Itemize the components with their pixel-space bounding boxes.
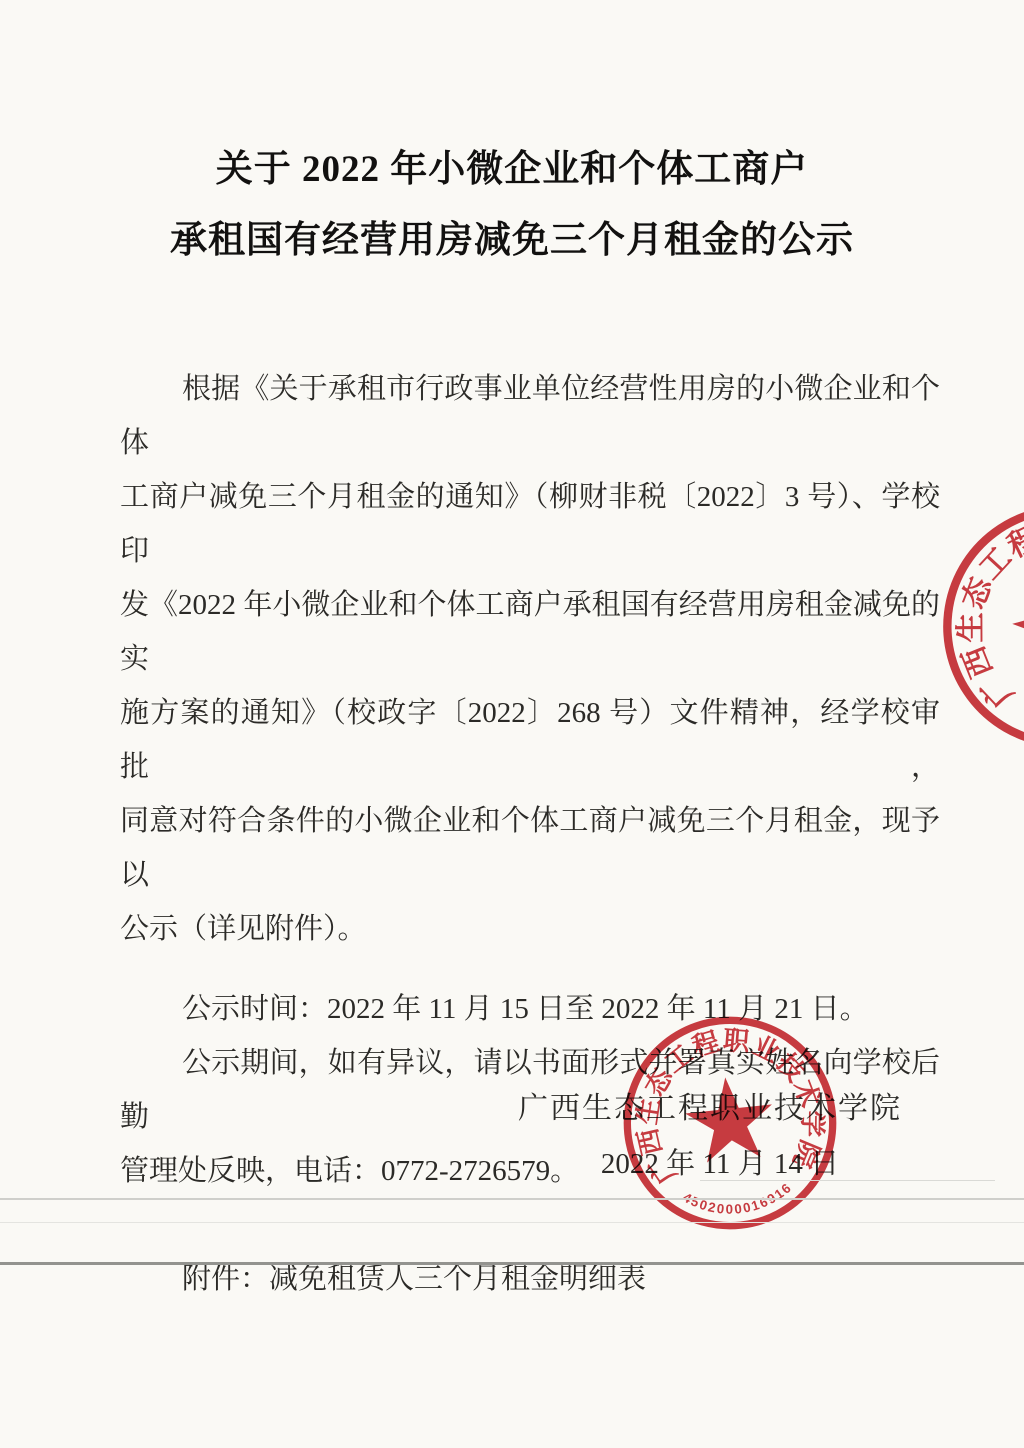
signature-organization: 广西生态工程职业技术学院: [400, 1082, 1020, 1136]
seal-code-text: 4502000016916: [1019, 678, 1024, 747]
document-page: 关于 2022 年小微企业和个体工商户 承租国有经营用房减免三个月租金的公示 根…: [0, 0, 1024, 1448]
body-line: 工商户减免三个月租金的通知》（柳财非税〔2022〕3 号）、学校印: [120, 470, 940, 578]
scan-fold-line: [700, 1180, 995, 1181]
body-line: 公示时间：2022 年 11 月 15 日至 2022 年 11 月 21 日。: [120, 982, 940, 1036]
attachment-line: 附件：减免租赁人三个月租金明细表: [120, 1252, 940, 1306]
body-line: 根据《关于承租市行政事业单位经营性用房的小微企业和个体: [120, 362, 940, 470]
document-title-line2: 承租国有经营用房减免三个月租金的公示: [80, 205, 944, 276]
scan-fold-line: [0, 1222, 1024, 1223]
star-icon: [1003, 563, 1024, 680]
scan-fold-line: [0, 1198, 1024, 1200]
body-line: 同意对符合条件的小微企业和个体工商户减免三个月租金，现予以: [120, 794, 940, 902]
body-line: 发《2022 年小微企业和个体工商户承租国有经营用房租金减免的实: [120, 578, 940, 686]
scan-fold-line: [0, 1262, 1024, 1265]
signature-date: 2022 年 11 月 14 日: [400, 1137, 1024, 1191]
paragraph-publicity-period: 公示时间：2022 年 11 月 15 日至 2022 年 11 月 21 日。: [120, 982, 940, 1036]
seal-organization-text: 广西生态工程职业技术学院: [928, 490, 1024, 720]
document-title: 关于 2022 年小微企业和个体工商户 承租国有经营用房减免三个月租金的公示: [80, 134, 944, 276]
paragraph-attachment: 附件：减免租赁人三个月租金明细表: [120, 1252, 940, 1306]
body-line: 公示（详见附件）。: [120, 902, 940, 956]
body-line: 施方案的通知》（校政字〔2022〕268 号）文件精神，经学校审批，: [120, 686, 940, 794]
document-title-line1: 关于 2022 年小微企业和个体工商户: [80, 134, 944, 205]
paragraph-basis: 根据《关于承租市行政事业单位经营性用房的小微企业和个体 工商户减免三个月租金的通…: [120, 362, 940, 956]
